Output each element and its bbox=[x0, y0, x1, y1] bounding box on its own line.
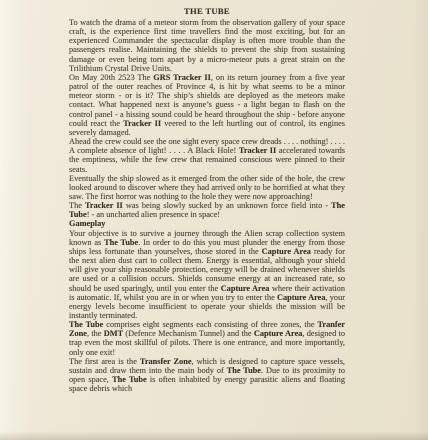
right-edge-shadow bbox=[414, 0, 428, 440]
paragraph: Eventually the ship slowed as it emerged… bbox=[69, 174, 345, 201]
paragraph: Ahead the crew could see the one sight e… bbox=[69, 137, 345, 174]
paragraph: The Tracker II was being slowly sucked b… bbox=[69, 201, 345, 219]
text-column: THE TUBE To watch the drama of a meteor … bbox=[69, 6, 345, 393]
left-edge-highlight bbox=[0, 0, 30, 440]
paragraph: To watch the drama of a meteor storm fro… bbox=[69, 18, 345, 73]
section-heading: Gameplay bbox=[69, 219, 345, 228]
paragraph: On May 20th 2523 The GRS Tracker II, on … bbox=[69, 73, 345, 137]
paragraph: Your objective is to survive a journey t… bbox=[69, 229, 345, 321]
scanned-manual-page: THE TUBE To watch the drama of a meteor … bbox=[0, 0, 428, 440]
body-text: To watch the drama of a meteor storm fro… bbox=[69, 18, 345, 393]
paragraph: The first area is the Transfer Zone, whi… bbox=[69, 357, 345, 394]
paragraph: The Tube comprises eight segments each c… bbox=[69, 320, 345, 357]
page-title: THE TUBE bbox=[69, 6, 345, 16]
bottom-edge-shadow bbox=[0, 431, 428, 440]
